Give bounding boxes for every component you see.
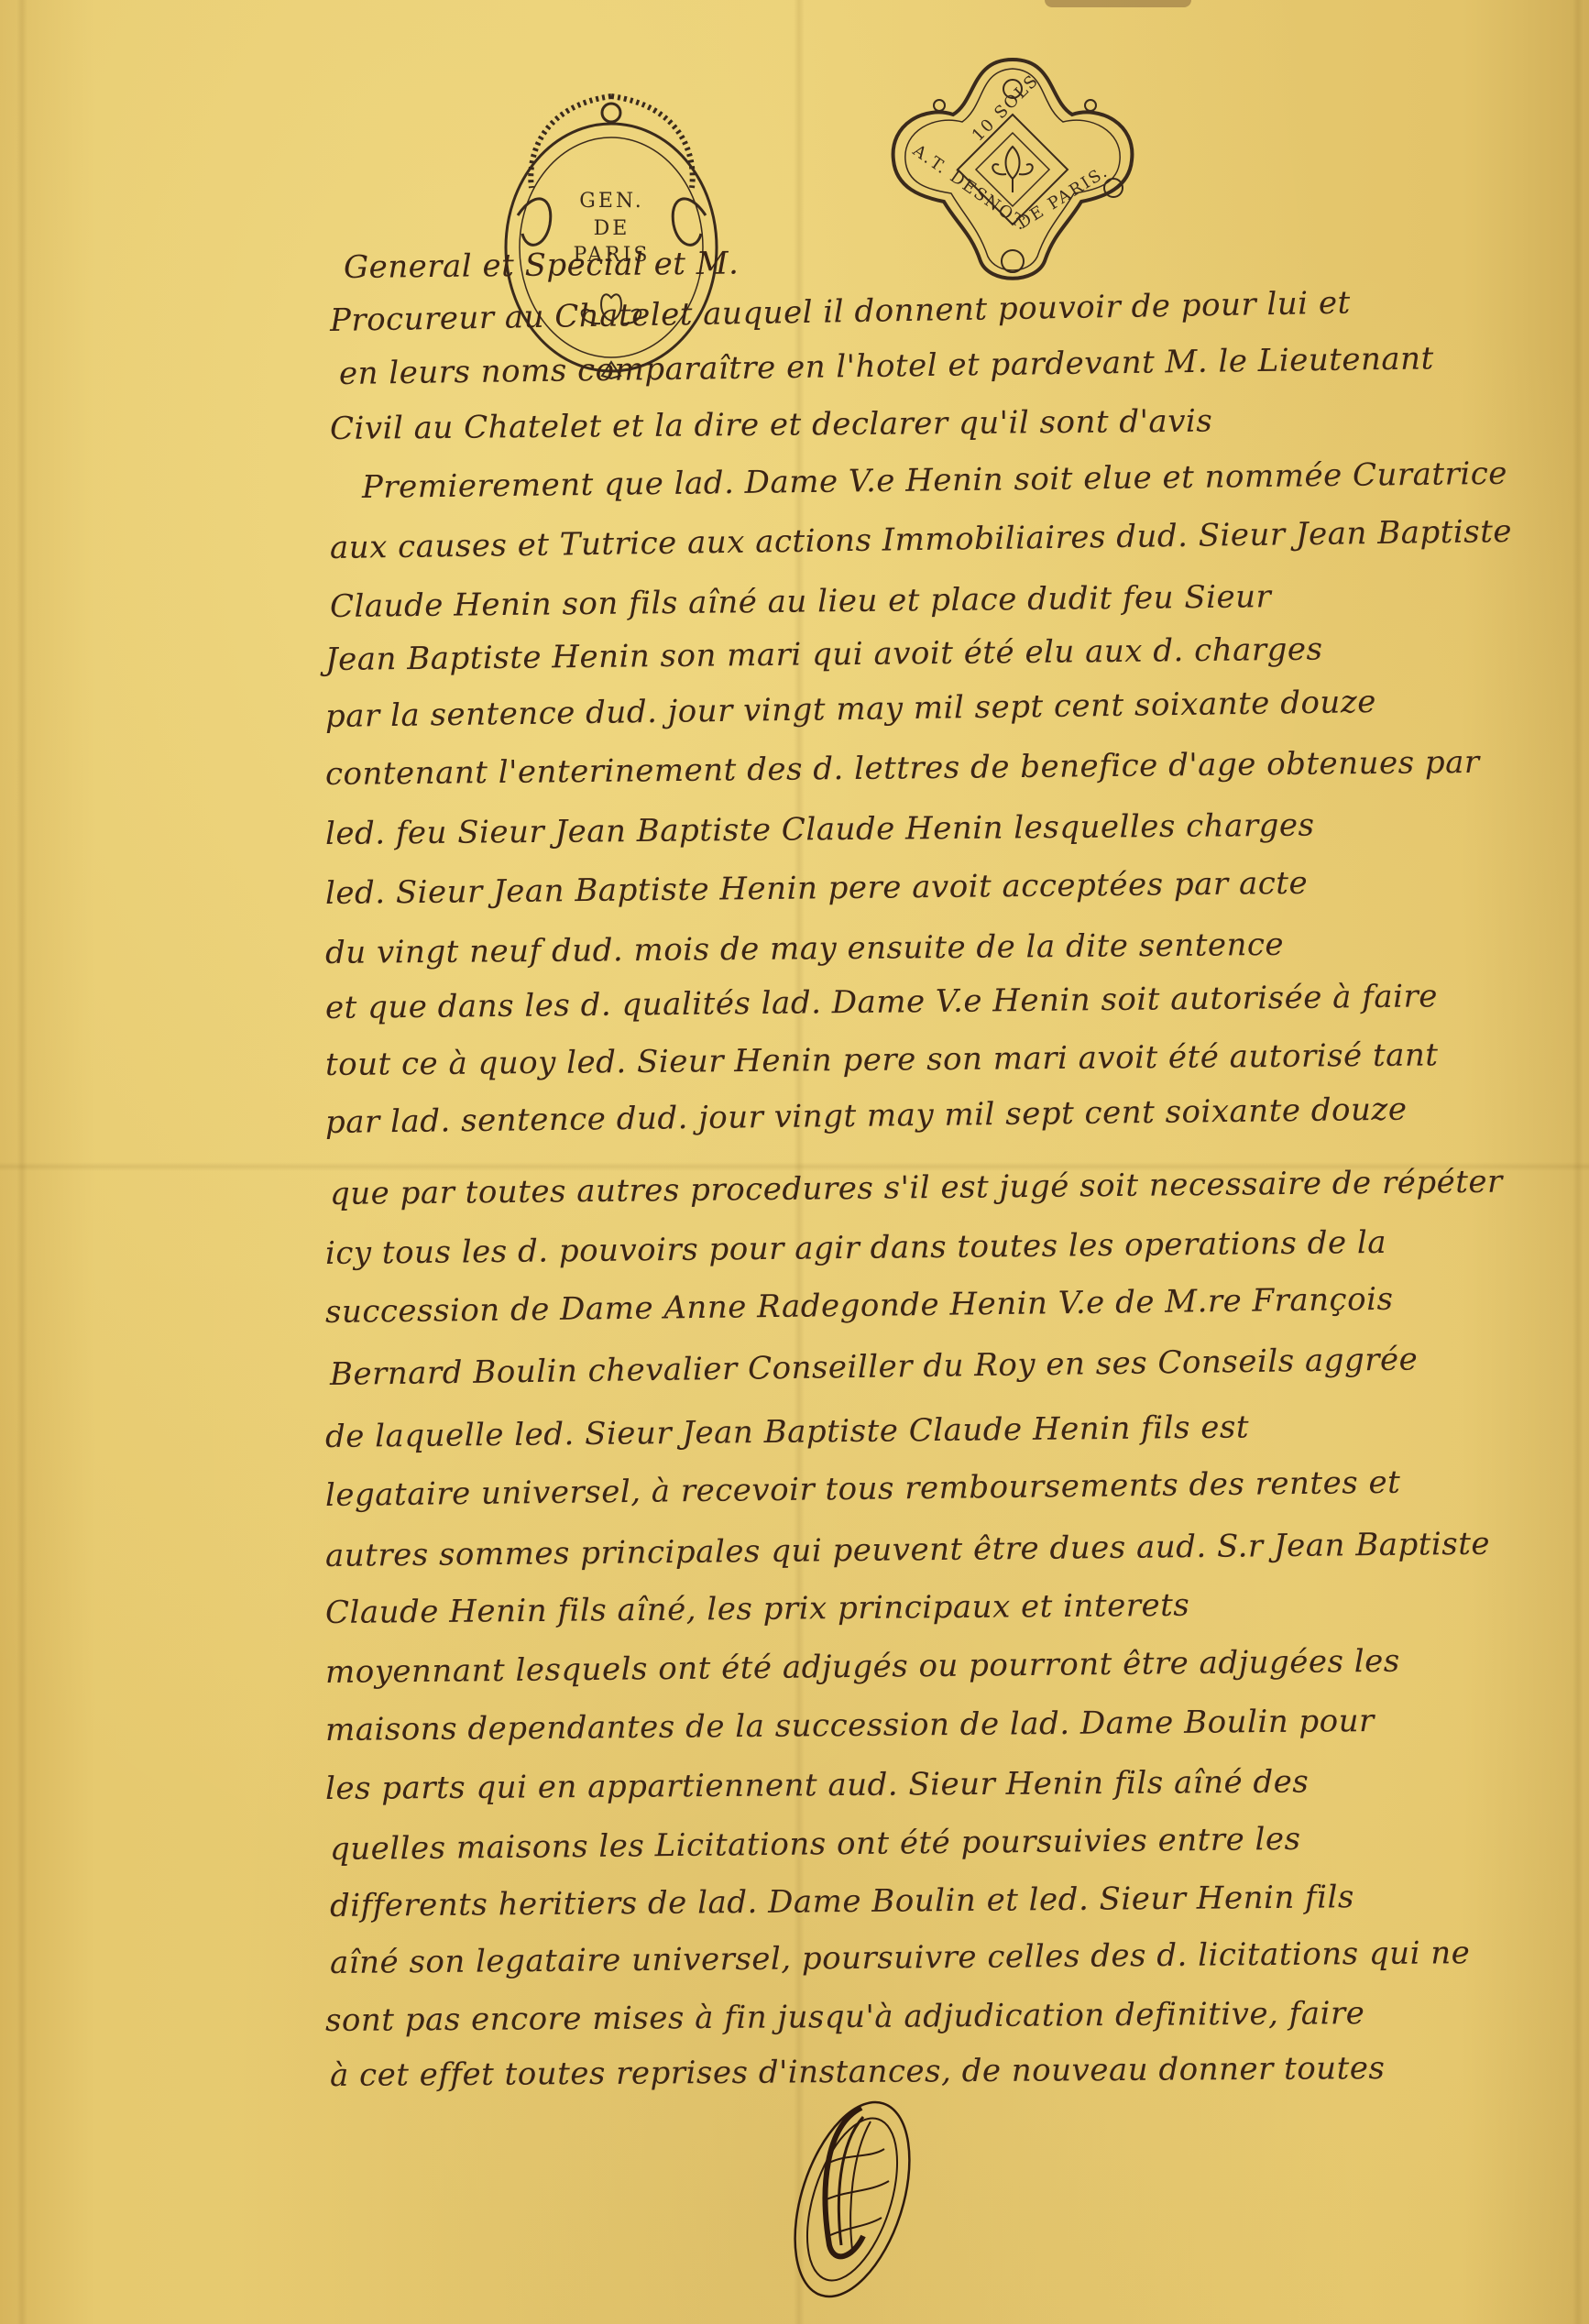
paper-edge-right xyxy=(1573,0,1584,2324)
stamp-cartouche-icon: 10 SOLS A.T. DESNOT. DE PARIS. xyxy=(871,50,1155,298)
stamp-dix-sols: 10 SOLS A.T. DESNOT. DE PARIS. xyxy=(871,50,1155,298)
torn-edge xyxy=(1045,0,1191,7)
body-line: General et Special et M. xyxy=(344,245,740,286)
body-line: sont pas encore mises à fin jusqu'à adju… xyxy=(325,1995,1365,2039)
body-line: les parts qui en appartiennent aud. Sieu… xyxy=(325,1764,1310,1807)
body-line: à cet effet toutes reprises d'instances,… xyxy=(330,2050,1386,2094)
body-line: Civil au Chatelet et la dire et declarer… xyxy=(330,403,1213,447)
stamp-left-line-1: GEN. xyxy=(490,188,733,215)
stamp-left-line-2: DE xyxy=(490,215,733,243)
stamp-generalite-de-paris: GEN. DE PARIS xyxy=(490,87,733,380)
paraphe-signature xyxy=(761,2089,944,2309)
paper-edge-left xyxy=(16,0,27,2324)
body-line: Claude Henin fils aîné, les prix princip… xyxy=(325,1587,1190,1631)
paraphe-flourish-icon xyxy=(761,2089,944,2309)
